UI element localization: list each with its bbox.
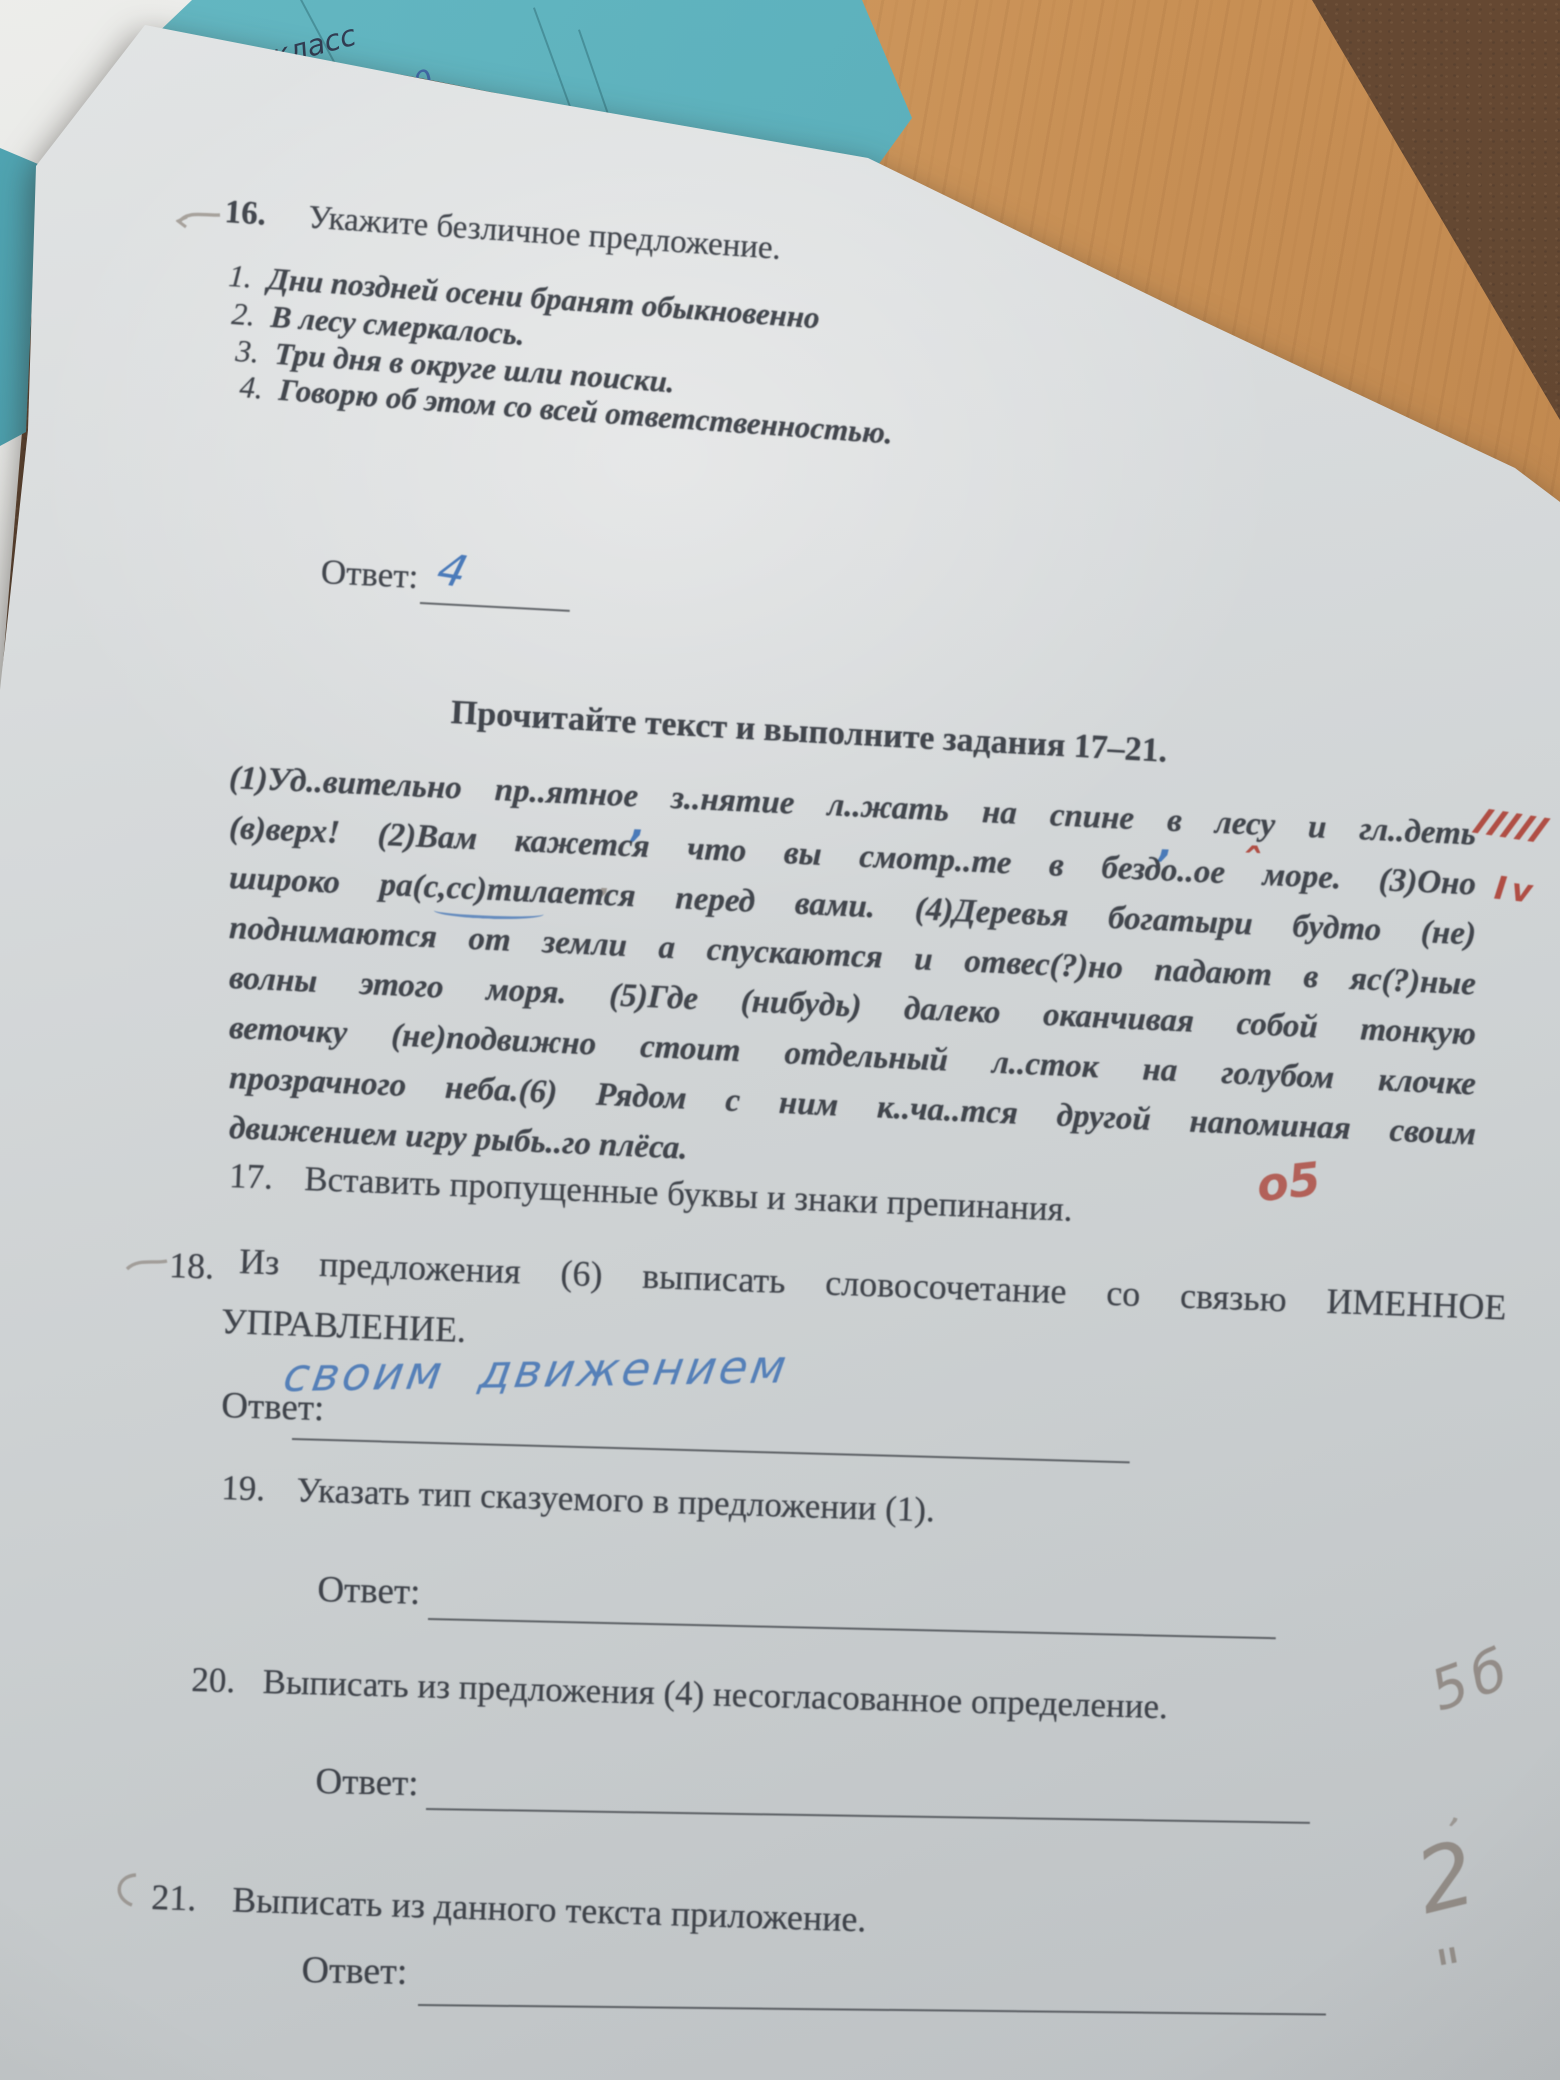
answer-20-line: [426, 1808, 1310, 1824]
worksheet-content: 16. Укажите безличное предложение. 1. Дн…: [0, 0, 1560, 2080]
question-18-line2: УПРАВЛЕНИЕ.: [220, 1300, 466, 1351]
answer-19-label: Ответ:: [317, 1568, 421, 1614]
pencil-tick-mark: [176, 206, 222, 230]
question-19-number: 19.: [221, 1468, 266, 1508]
pencil-grade-mark: 2: [1408, 1828, 1484, 1927]
question-20: 20. Выписать из предложения (4) несоглас…: [191, 1660, 1169, 1727]
question-21-number: 21.: [151, 1877, 197, 1918]
question-21: 21. Выписать из данного текста приложени…: [151, 1876, 867, 1940]
option-1-number: 1.: [227, 258, 253, 296]
handwritten-answer-16: 4: [433, 548, 472, 595]
question-16-number: 16.: [224, 194, 268, 233]
option-3-number: 3.: [234, 333, 260, 371]
answer-16-label: Ответ:: [320, 552, 419, 597]
question-16-title: Укажите безличное предложение.: [307, 200, 782, 267]
answer-21-label: Ответ:: [301, 1948, 408, 1994]
option-4-number: 4.: [238, 369, 264, 407]
answer-18-line: [292, 1438, 1130, 1463]
pencil-grade-quote-mark: ": [1432, 1939, 1468, 2001]
pen-score-mark: о5: [1254, 1155, 1322, 1208]
pencil-score-mark: 5б: [1424, 1640, 1520, 1721]
pen-iv-mark: Iv: [1493, 872, 1539, 909]
question-16: 16. Укажите безличное предложение.: [224, 194, 783, 268]
passage: (1)Уд..вительно пр..ятное з..нятие л..жа…: [230, 760, 1490, 1190]
pencil-dash-mark: [126, 1256, 168, 1274]
pen-caret-mark: ˆ: [1240, 844, 1262, 885]
photo-of-worksheet: класс № 10 16. Укажите безличное предлож…: [0, 0, 1560, 2080]
answer-19-line: [428, 1618, 1276, 1639]
pencil-curve-mark: [110, 1872, 142, 1908]
question-19-text: Указать тип сказуемого в предложении (1)…: [296, 1470, 935, 1529]
question-19: 19. Указать тип сказуемого в предложении…: [221, 1468, 936, 1530]
answer-20-label: Ответ:: [315, 1760, 419, 1805]
question-20-text: Выписать из предложения (4) несогласован…: [262, 1662, 1168, 1726]
option-2-number: 2.: [230, 296, 256, 334]
pen-tally-marks: IIIII: [1468, 805, 1555, 849]
question-17-number: 17.: [228, 1156, 273, 1197]
answer-16-line: [420, 602, 570, 612]
handwritten-answer-18: своим движением: [281, 1343, 793, 1398]
question-18-number: 18.: [168, 1244, 215, 1288]
question-20-number: 20.: [191, 1660, 236, 1700]
question-21-text: Выписать из данного текста приложение.: [232, 1880, 867, 1940]
answer-21-line: [418, 2004, 1326, 2016]
